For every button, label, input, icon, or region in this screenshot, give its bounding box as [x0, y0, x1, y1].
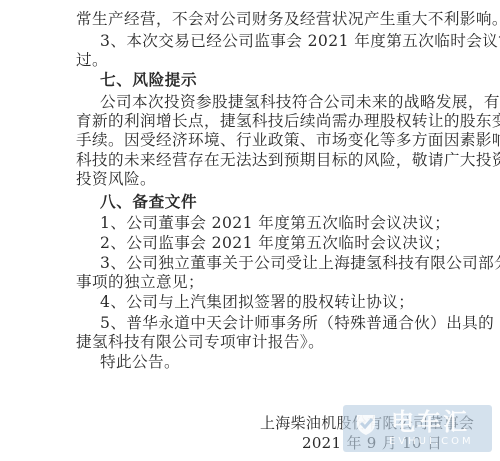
document-list-item: 1、公司董事会 2021 年度第五次临时会议决议； — [100, 213, 426, 233]
paragraph-line: 常生产经营，不会对公司财务及经营状况产生重大不利影响。 — [76, 9, 426, 29]
section-heading-documents: 八、备查文件 — [100, 192, 426, 212]
watermark-brand-en: EVHUI.COM — [389, 436, 474, 448]
paragraph-line: 育新的利润增长点，捷氢科技后续尚需办理股权转让的股东变更登记 — [76, 111, 426, 131]
document-list-item: 2、公司监事会 2021 年度第五次临时会议决议； — [100, 233, 426, 253]
watermark-brand-cn: 电车汇 — [391, 408, 469, 436]
document-list-item-continuation: 捷氢科技有限公司专项审计报告》。 — [76, 332, 426, 352]
announcement-page: 常生产经营，不会对公司财务及经营状况产生重大不利影响。 3、本次交易已经公司监事… — [0, 0, 500, 461]
document-list-item: 3、公司独立董事关于公司受让上海捷氢科技有限公司部分股权 — [100, 253, 426, 273]
paragraph-line: 公司本次投资参股捷氢科技符合公司未来的战略发展，有利于培 — [100, 92, 426, 112]
document-list-item: 5、普华永道中天会计师事务所（特殊普通合伙）出具的《上海 — [100, 313, 426, 333]
paragraph-line: 手续。因受经济环境、行业政策、市场变化等多方面因素影响，捷氢 — [76, 130, 426, 150]
paragraph-line: 科技的未来经营存在无法达到预期目标的风险，敬请广大投资者注意 — [76, 150, 426, 170]
paragraph-line: 3、本次交易已经公司监事会 2021 年度第五次临时会议审议通 — [100, 31, 426, 51]
document-list-item-continuation: 事项的独立意见； — [76, 272, 426, 292]
watermark: 电车汇 EVHUI.COM — [343, 405, 492, 452]
shield-check-icon — [353, 411, 379, 437]
section-heading-risk: 七、风险提示 — [100, 70, 426, 90]
paragraph-line: 投资风险。 — [76, 169, 426, 189]
document-list-item: 4、公司与上汽集团拟签署的股权转让协议； — [100, 292, 426, 312]
paragraph-line: 过。 — [76, 50, 426, 70]
closing-statement: 特此公告。 — [100, 352, 426, 372]
